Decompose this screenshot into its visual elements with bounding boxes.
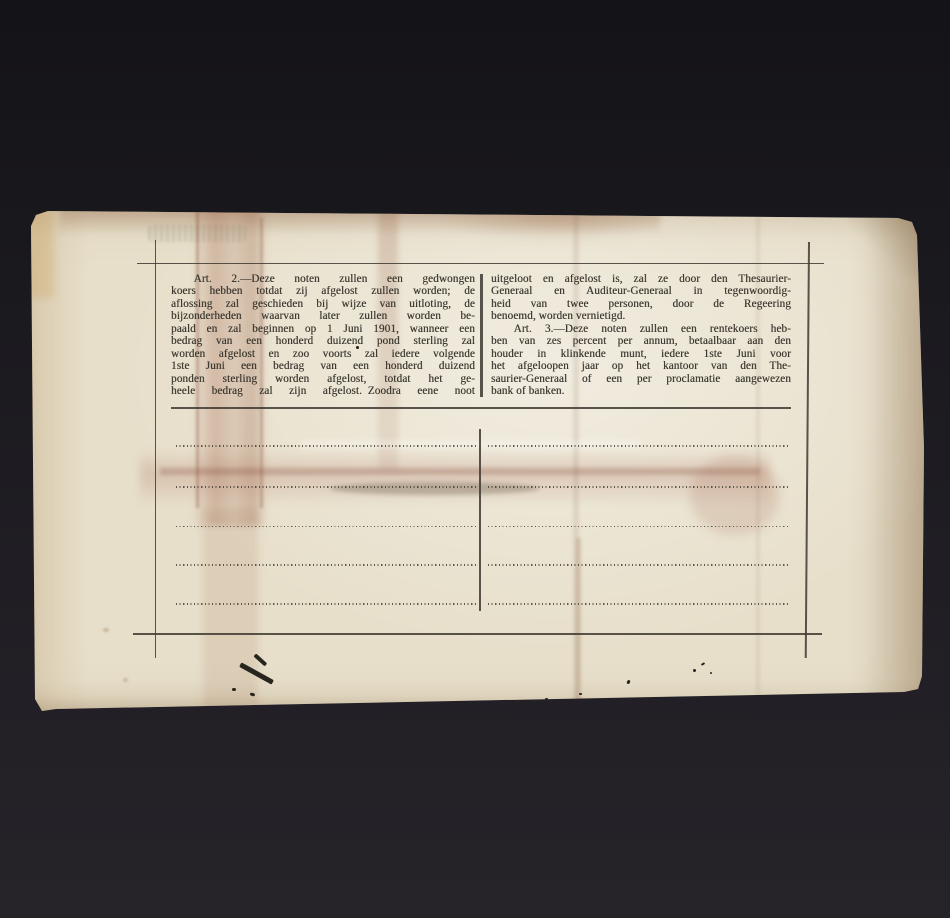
article-2-column: Art. 2.—Deze noten zullen een gedwongenk… (171, 273, 475, 398)
ink-speck (626, 680, 630, 685)
text-line: worden afgelost en zoo voorts zal iedere… (171, 348, 475, 361)
ink-speck (250, 692, 255, 696)
text-line: heele bedrag zal zijn afgelost. Zoodra e… (171, 385, 475, 398)
frame-bottom-line (133, 633, 822, 635)
frame-right-line (804, 242, 809, 658)
text-line: het afgeloopen jaar op het kantoor van d… (491, 360, 791, 373)
photo-stage: Art. 2.—Deze noten zullen een gedwongenk… (0, 0, 950, 918)
text-bottom-rule (171, 407, 791, 409)
text-line: bank of banken. (491, 385, 791, 398)
text-line: heid van twee personen, door de Regeerin… (491, 298, 791, 311)
text-line: houder in klinkende munt, iedere 1ste Ju… (491, 348, 791, 361)
article-3-column: uitgeloot en afgelost is, zal ze door de… (491, 273, 791, 398)
text-line: saurier-Generaal of een per proclamatie … (491, 373, 791, 386)
ink-speck (701, 662, 705, 666)
dotted-line (488, 564, 789, 565)
text-line: aflossing zal geschieden bij wijze van u… (171, 298, 475, 311)
text-line: paald en zal beginnen op 1 Juni 1901, wa… (171, 323, 475, 336)
text-line: Generaal en Auditeur-Generaal in tegenwo… (491, 285, 791, 298)
frame-top-line (137, 263, 824, 265)
text-line: bedrag van een honderd duizend pond ster… (171, 335, 475, 348)
dotted-line (488, 445, 789, 446)
text-line: koers hebben totdat zij afgelost zullen … (171, 285, 475, 298)
text-line: benoemd, worden vernietigd. (491, 310, 791, 323)
dotted-line (176, 445, 476, 446)
text-line: uitgeloot en afgelost is, zal ze door de… (491, 273, 791, 286)
dotted-line (488, 526, 789, 527)
ink-speck (515, 700, 519, 702)
text-line: 1ste Juni een bedrag van een honderd dui… (171, 360, 475, 373)
writing-area-divider (479, 429, 481, 611)
text-line: Art. 3.—Deze noten zullen een rentekoers… (491, 323, 791, 336)
ink-mark-stroke (239, 662, 274, 684)
dotted-line (176, 603, 476, 604)
text-line: ponden sterling worden afgelost, totdat … (171, 373, 475, 386)
text-line: Art. 2.—Deze noten zullen een gedwongen (171, 273, 475, 286)
text-line: ben van zes percent per annum, betaalbaa… (491, 335, 791, 348)
ink-speck (533, 700, 537, 702)
ink-speck (579, 693, 582, 695)
dotted-line (176, 564, 476, 565)
frame-left-line (155, 240, 157, 658)
text-line: bijzonderheden waarvan later zullen word… (171, 310, 475, 323)
ink-speck (545, 698, 548, 700)
dotted-line (488, 486, 789, 487)
dotted-line (488, 603, 789, 604)
printed-layer: Art. 2.—Deze noten zullen een gedwongenk… (0, 0, 950, 918)
dotted-line (176, 486, 476, 487)
ink-speck (232, 688, 236, 691)
ink-mark-tick (254, 653, 267, 666)
ink-speck (710, 672, 712, 674)
column-divider-line (480, 274, 483, 397)
ink-speck (356, 346, 359, 349)
ink-speck (693, 669, 696, 672)
dotted-line (176, 526, 476, 527)
